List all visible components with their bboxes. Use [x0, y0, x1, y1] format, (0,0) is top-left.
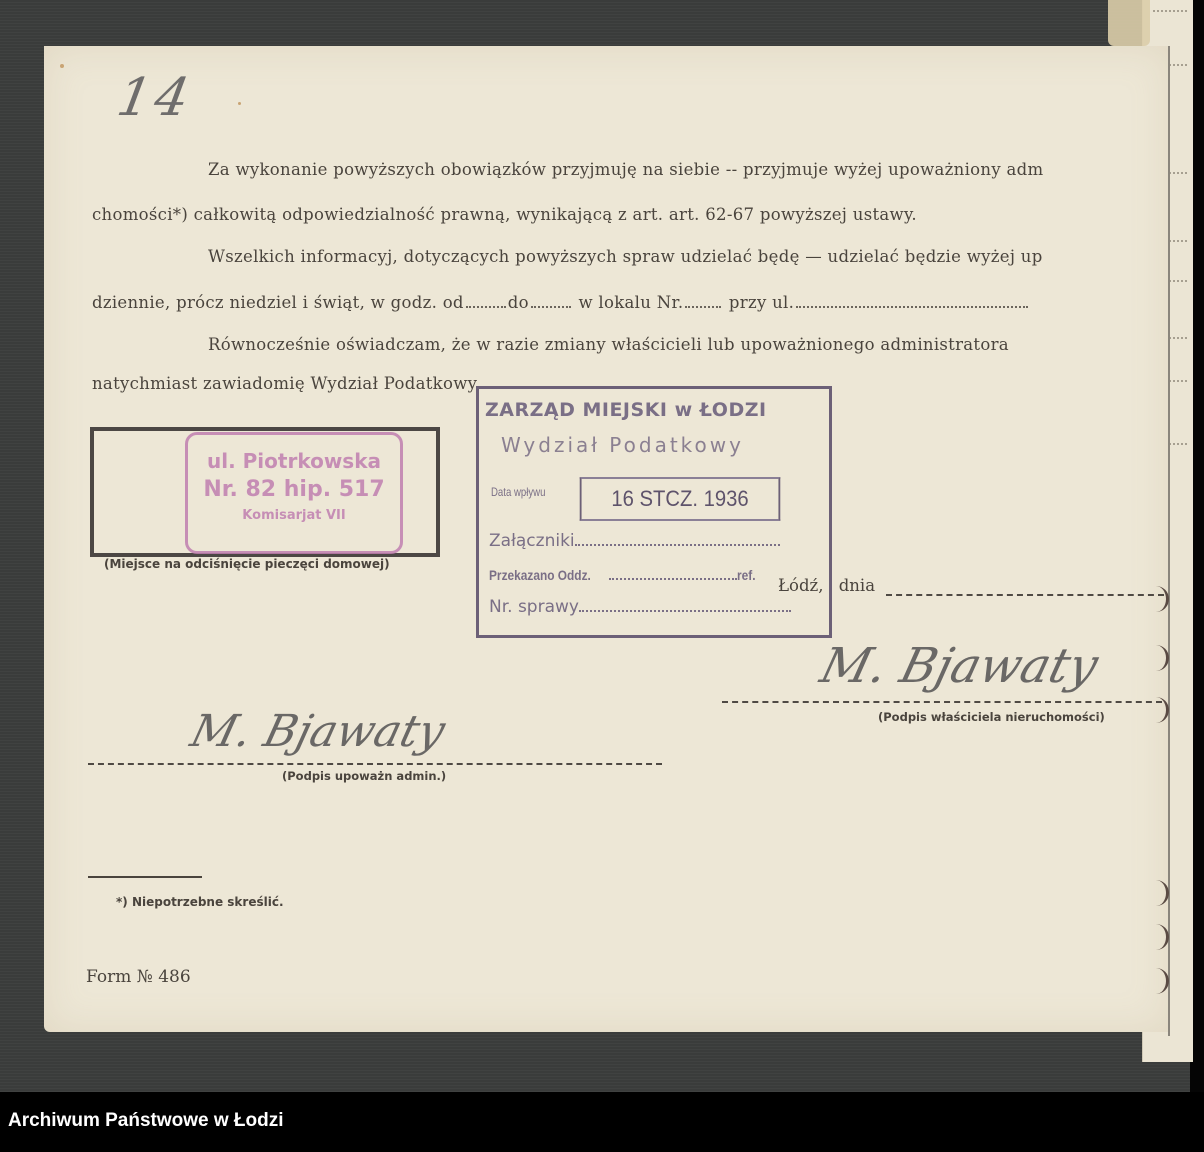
owner-signature: M. Bjawaty	[815, 638, 1104, 694]
street-text: przy ul.	[729, 293, 794, 312]
handwritten-page-number: 14	[113, 68, 198, 128]
admin-signature-line[interactable]	[88, 763, 662, 765]
city-label: Łódź,	[778, 576, 823, 595]
seal-box-caption: (Miejsce na odciśnięcie pieczęci domowej…	[104, 557, 390, 571]
footnote-rule	[88, 876, 202, 878]
attachments-label: Załączniki	[489, 531, 575, 551]
paragraph-3-line-1: Równocześnie oświadczam, że w razie zmia…	[208, 335, 1009, 354]
day-label: dnia	[839, 576, 875, 595]
paragraph-2-line-1: Wszelkich informacyj, dotyczących powyżs…	[208, 247, 1043, 266]
archive-name: Archiwum Państwowe w Łodzi	[8, 1110, 284, 1132]
form-number: Form № 486	[86, 967, 191, 987]
stamp-department: Wydział Podatkowy	[501, 433, 744, 457]
transferred-label: Przekazano Oddz.	[489, 567, 591, 583]
hours-to-blank[interactable]	[531, 305, 571, 308]
premises-text: w lokalu Nr.	[578, 293, 683, 312]
under-dotted-line	[1153, 10, 1187, 12]
owner-signature-line[interactable]	[722, 701, 1162, 703]
seal-street: ul. Piotrkowska	[188, 449, 400, 473]
house-seal-stamp: ul. Piotrkowska Nr. 82 hip. 517 Komisarj…	[185, 432, 403, 554]
admin-signature-caption: (Podpis upoważn admin.)	[282, 769, 446, 783]
transferred-blank	[609, 578, 737, 580]
owner-signature-caption: (Podpis właściciela nieruchomości)	[878, 710, 1105, 724]
paragraph-1-line-1: Za wykonanie powyższych obowiązków przyj…	[208, 160, 1043, 179]
case-no-blank	[579, 610, 791, 612]
sheet-edge	[1168, 46, 1170, 1036]
attachments-blank	[575, 544, 780, 546]
stamp-attachments-row: Załączniki	[489, 531, 780, 551]
paragraph-3-line-2: natychmiast zawiadomię Wydział Podatkowy…	[92, 374, 481, 393]
receipt-stamp: ZARZĄD MIEJSKI w ŁODZI Wydział Podatkowy…	[476, 386, 832, 638]
stamp-date-label: Data wpływu	[491, 485, 545, 499]
ref-label: ref.	[737, 567, 756, 583]
stamp-case-row: Nr. sprawy	[489, 597, 791, 617]
footnote: *) Niepotrzebne skreślić.	[116, 895, 284, 909]
stain	[238, 102, 241, 105]
paragraph-1-line-2: chomości*) całkowitą odpowiedzialność pr…	[92, 205, 917, 224]
paragraph-2-line-2: dziennie, prócz niedziel i świąt, w godz…	[92, 293, 1030, 312]
stamp-date-value: 16 STCZ. 1936	[580, 477, 781, 521]
to-text: do	[508, 293, 529, 312]
case-no-label: Nr. sprawy	[489, 597, 579, 617]
seal-number: Nr. 82 hip. 517	[188, 477, 400, 502]
tape-strip	[1108, 0, 1150, 46]
seal-precinct: Komisarjat VII	[188, 508, 400, 523]
admin-signature: M. Bjawaty	[186, 706, 450, 757]
place-date-line: Łódź, dnia	[778, 576, 875, 595]
stain	[60, 64, 64, 68]
hours-from-blank[interactable]	[466, 305, 506, 308]
street-blank[interactable]	[796, 305, 1028, 308]
date-blank-line[interactable]	[886, 594, 1164, 596]
stamp-transferred-row: Przekazano Oddz.ref.	[489, 565, 759, 585]
stamp-title: ZARZĄD MIEJSKI w ŁODZI	[485, 399, 767, 421]
hours-text: dziennie, prócz niedziel i świąt, w godz…	[92, 293, 464, 312]
premises-number-blank[interactable]	[685, 305, 721, 308]
